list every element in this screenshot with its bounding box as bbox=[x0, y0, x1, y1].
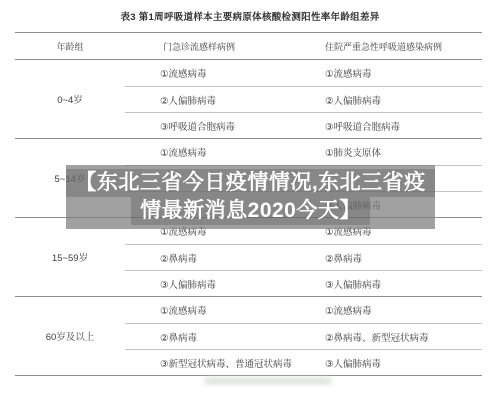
table-row: ③呼吸道合胞病毒 ③呼吸道合胞病毒 bbox=[125, 112, 482, 138]
age-group-label: 15~59岁 bbox=[15, 218, 125, 296]
table-row: ①流感病毒 ①流感病毒 bbox=[125, 60, 482, 86]
table-cell: ③人偏肺病毒 bbox=[325, 277, 482, 291]
table-cell: ①流感病毒 bbox=[325, 303, 482, 317]
headline-line-2: 情最新消息2020今天】 bbox=[131, 197, 370, 225]
header-sari-cases: 住院严重急性呼吸道感染病例 bbox=[325, 40, 482, 53]
age-group-label: 60岁及以上 bbox=[15, 297, 125, 375]
table-cell: ②鼻病毒、新型冠状病毒 bbox=[325, 330, 482, 344]
table-cell: ③呼吸道合胞病毒 bbox=[325, 119, 482, 133]
age-group-label: 0~4岁 bbox=[15, 60, 125, 138]
screenshot-page: 表3 第1周呼吸道样本主要病原体核酸检测阳性率年龄组差异 年龄组 门急诊流感样病… bbox=[0, 0, 500, 393]
table-cell: ①流感病毒 bbox=[325, 66, 482, 80]
table-row: ①流感病毒 ①流感病毒 bbox=[125, 297, 482, 323]
table-cell: ③人偏肺病毒 bbox=[325, 356, 482, 370]
table-title: 表3 第1周呼吸道样本主要病原体核酸检测阳性率年龄组差异 bbox=[0, 9, 500, 23]
table-cell: ②鼻病毒 bbox=[125, 251, 325, 265]
table-row: ②鼻病毒 ②鼻病毒 bbox=[125, 244, 482, 270]
table-row: ①流感病毒 ①肺炎支原体 bbox=[125, 139, 482, 165]
table-cell: ②人偏肺病毒 bbox=[325, 93, 482, 107]
table-cell: ①流感病毒 bbox=[125, 303, 325, 317]
table-cell: ①流感病毒 bbox=[125, 66, 325, 80]
age-group-row-60-plus: 60岁及以上 ①流感病毒 ①流感病毒 ②鼻病毒 ②鼻病毒、新型冠状病毒 ③新型冠… bbox=[15, 297, 482, 376]
table-header-row: 年龄组 门急诊流感样病例 住院严重急性呼吸道感染病例 bbox=[15, 32, 482, 60]
table-row: ③人偏肺病毒 ③人偏肺病毒 bbox=[125, 270, 482, 296]
table-cell: ①流感病毒 bbox=[125, 145, 325, 159]
table-row: ②鼻病毒 ②鼻病毒、新型冠状病毒 bbox=[125, 323, 482, 349]
table-cell: ②鼻病毒 bbox=[325, 251, 482, 265]
table-cell: ②人偏肺病毒 bbox=[125, 93, 325, 107]
table-cell: ②鼻病毒 bbox=[125, 330, 325, 344]
blurred-watermark-smudge bbox=[204, 377, 332, 385]
table-row: ②人偏肺病毒 ②人偏肺病毒 bbox=[125, 86, 482, 112]
age-group-row-15-59: 15~59岁 ①流感病毒 ①流感病毒 ②鼻病毒 ②鼻病毒 ③人偏肺病毒 ③人偏肺… bbox=[15, 218, 482, 297]
table-cell: ③呼吸道合胞病毒 bbox=[125, 119, 325, 133]
table-cell: ①肺炎支原体 bbox=[325, 145, 482, 159]
header-age-group: 年龄组 bbox=[15, 40, 125, 53]
table-cell: ③人偏肺病毒 bbox=[125, 277, 325, 291]
age-group-row-0-4: 0~4岁 ①流感病毒 ①流感病毒 ②人偏肺病毒 ②人偏肺病毒 ③呼吸道合胞病毒 … bbox=[15, 60, 482, 139]
headline-line-1: 【东北三省今日疫情情况,东北三省疫 bbox=[66, 169, 434, 197]
headline-watermark-banner: 【东北三省今日疫情情况,东北三省疫 情最新消息2020今天】 bbox=[66, 165, 435, 229]
header-ili-cases: 门急诊流感样病例 bbox=[125, 40, 325, 53]
table-row: ③新型冠状病毒、普通冠状病毒 ③人偏肺病毒 bbox=[125, 349, 482, 375]
table-cell: ③新型冠状病毒、普通冠状病毒 bbox=[125, 356, 325, 370]
